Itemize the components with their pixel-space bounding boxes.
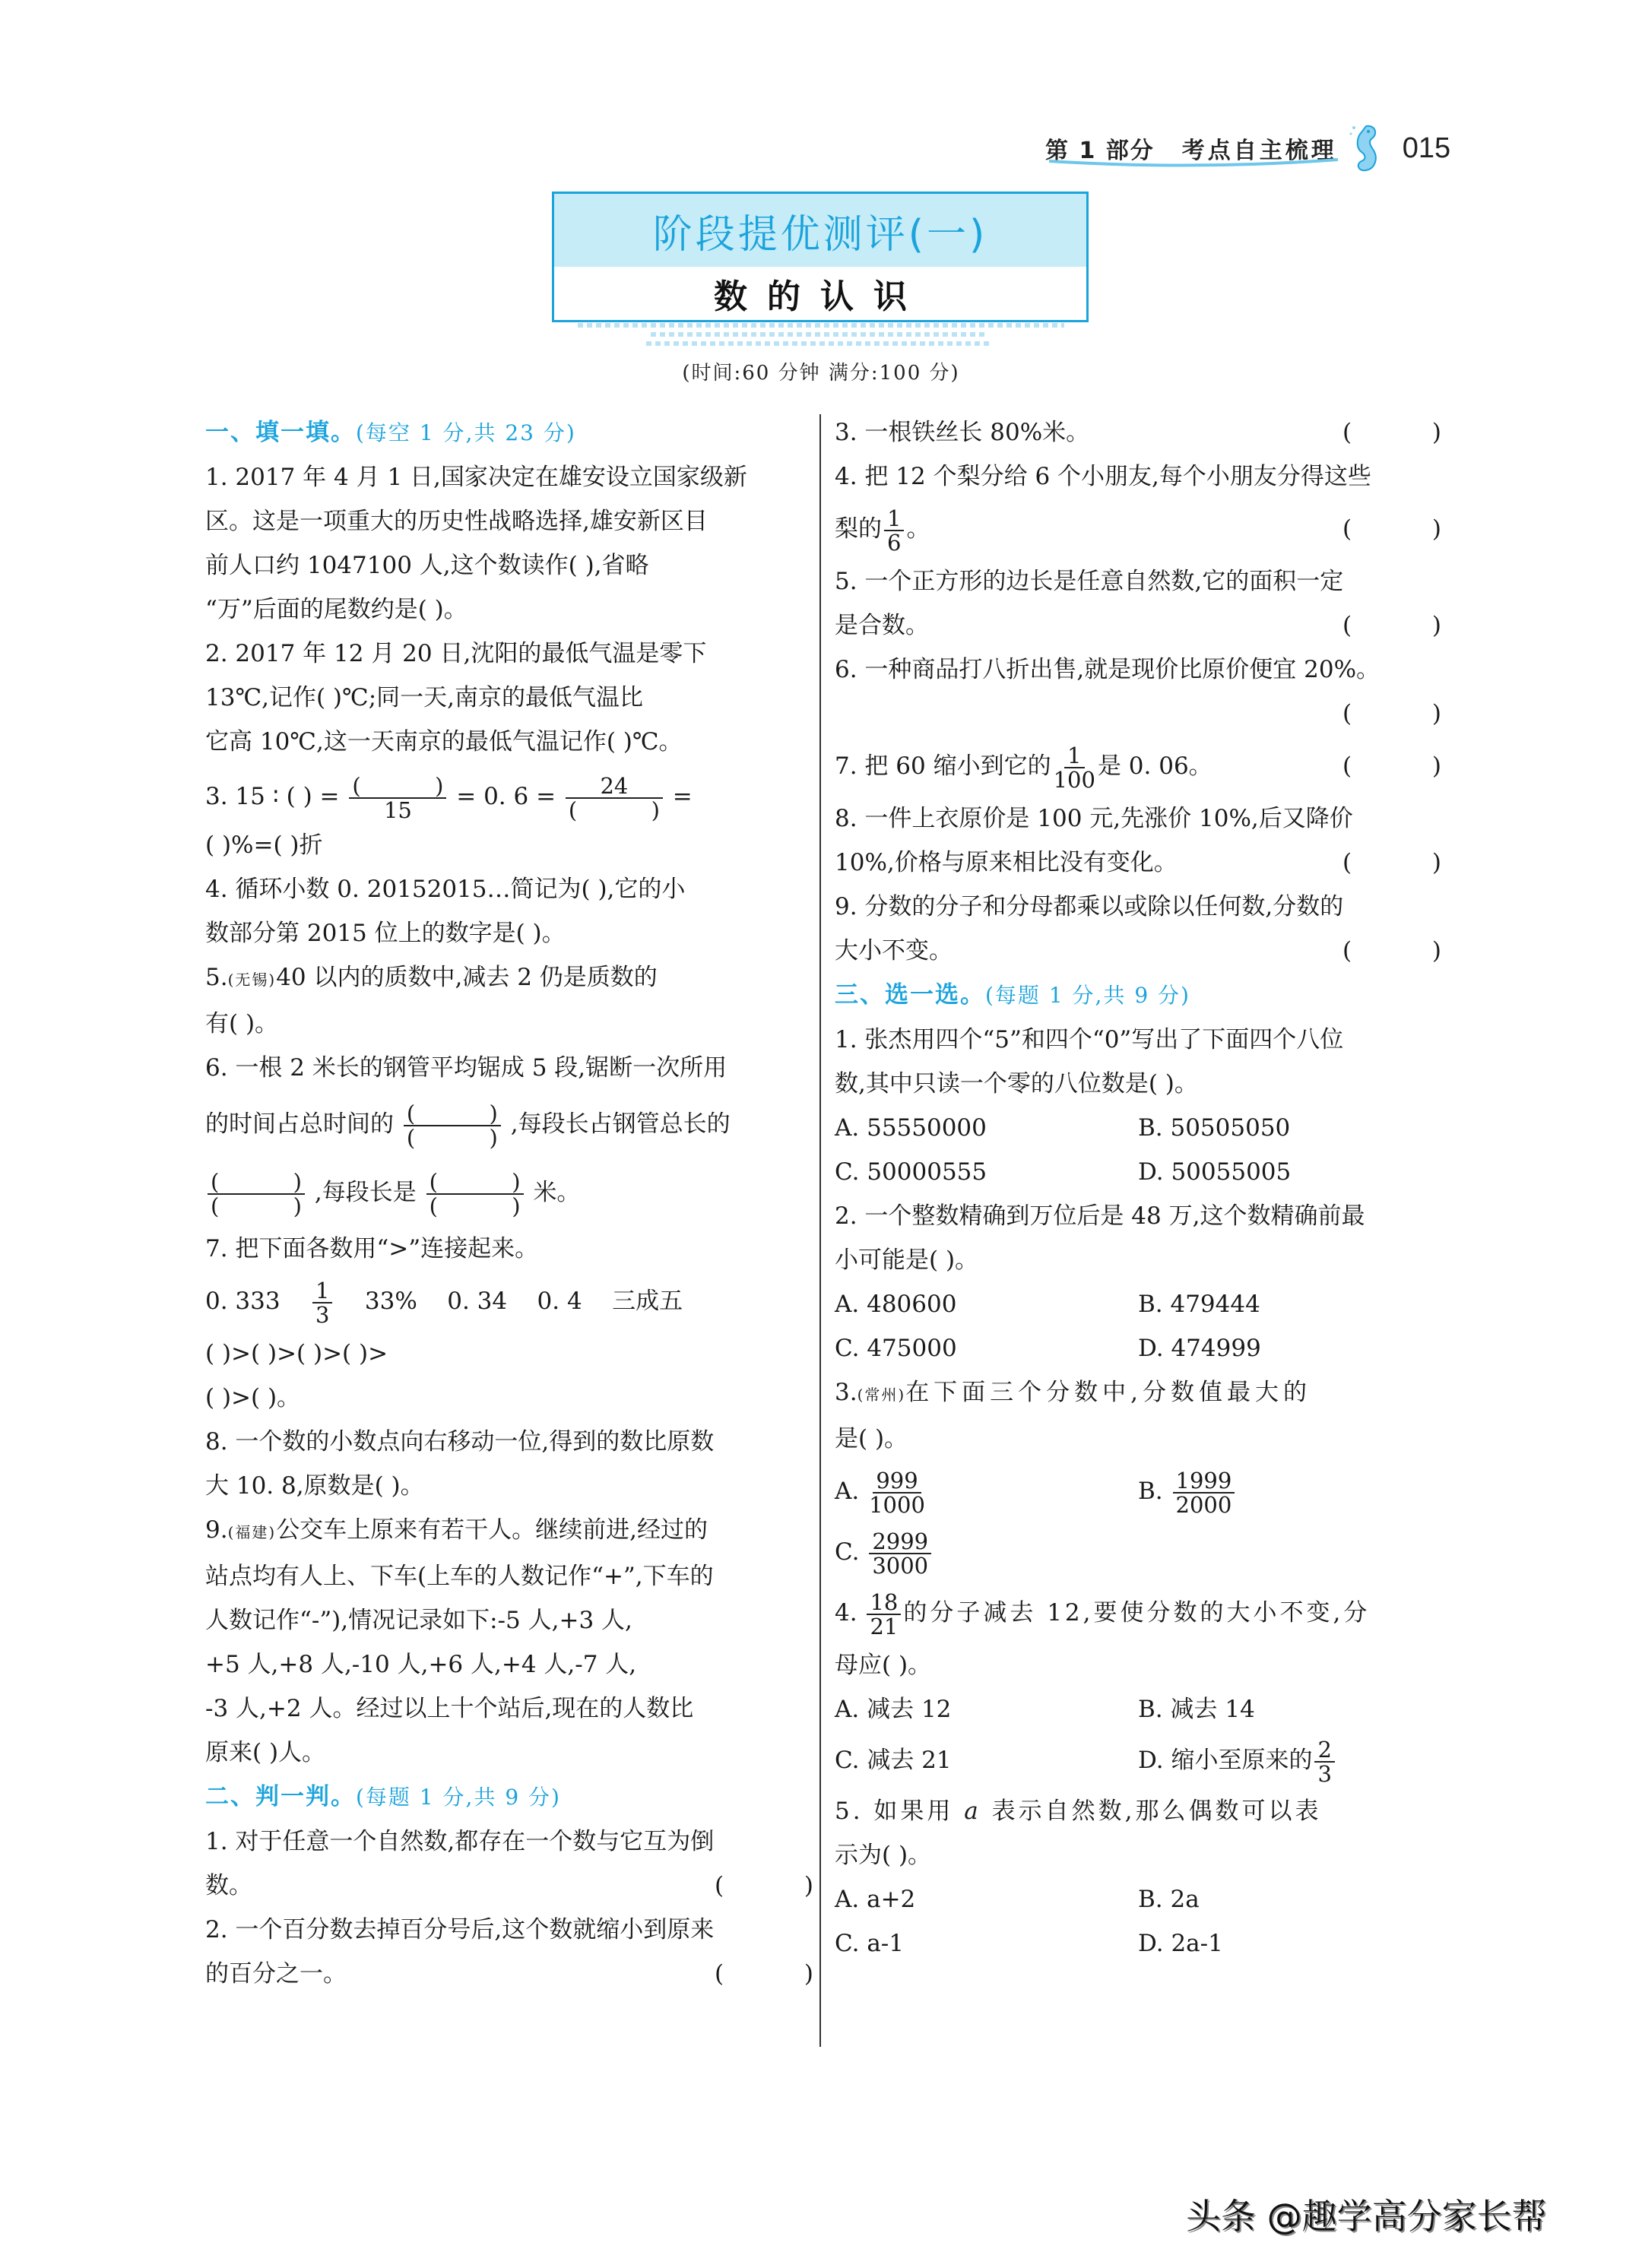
fraction-item: 13: [312, 1279, 332, 1326]
judge-question-8: 8. 一件上衣原价是 100 元,先涨价 10%,后又降价 10%,价格与原来相…: [835, 797, 1441, 885]
question-text: 梨的: [835, 515, 882, 543]
source-tag: (无锡): [228, 971, 277, 989]
question-text: 站点均有人上、下车(上车的人数记作“+”,下车的: [205, 1554, 813, 1598]
option-a[interactable]: A. 减去 12: [835, 1687, 1138, 1731]
dotted-divider: [651, 332, 985, 337]
option-c[interactable]: C. 475000: [835, 1326, 1138, 1370]
question-text: 的时间占总时间的: [205, 1110, 394, 1138]
option-c[interactable]: C. a-1: [835, 1921, 1138, 1965]
fill-question-2: 2. 2017 年 12 月 20 日,沈阳的最低气温是零下 13℃,记作( )…: [205, 632, 813, 764]
question-text: 数部分第 2015 位上的数字是( )。: [205, 911, 813, 955]
section-heading-fill: 一、填一填。(每空 1 分,共 23 分): [205, 410, 813, 455]
question-text: 1. 2017 年 4 月 1 日,国家决定在雄安设立国家级新: [205, 455, 813, 499]
question-text: 的百分之一。: [205, 1952, 347, 1996]
section-title: 二、判一判。: [205, 1783, 356, 1810]
right-column: 3. 一根铁丝长 80%米。() 4. 把 12 个梨分给 6 个小朋友,每个小…: [835, 410, 1441, 1965]
judge-question-4: 4. 把 12 个梨分给 6 个小朋友,每个小朋友分得这些 梨的16。(): [835, 455, 1441, 559]
section-score-note: (每题 1 分,共 9 分): [985, 983, 1190, 1008]
question-text: 是( )。: [835, 1417, 1441, 1461]
question-text: 小可能是( )。: [835, 1238, 1441, 1282]
fraction-blank: 24(): [566, 774, 663, 822]
choice-question-5: 5. 如果用 a 表示自然数,那么偶数可以表 示为( )。 A. a+2B. 2…: [835, 1789, 1441, 1965]
number-item: 0. 34: [447, 1288, 507, 1315]
answer-blank[interactable]: (): [1342, 692, 1441, 736]
question-text: ,每段长占钢管总长的: [511, 1110, 731, 1138]
question-text: 前人口约 1047100 人,这个数读作( ),省略: [205, 543, 813, 588]
fill-question-6: 6. 一根 2 米长的钢管平均锯成 5 段,锯断一次所用 的时间占总时间的 ()…: [205, 1046, 813, 1227]
question-text: 7. 把 60 缩小到它的: [835, 752, 1051, 780]
fill-question-1: 1. 2017 年 4 月 1 日,国家决定在雄安设立国家级新 区。这是一项重大…: [205, 455, 813, 632]
option-b[interactable]: B. 19992000: [1138, 1461, 1441, 1522]
question-text: 1. 张杰用四个“5”和四个“0”写出了下面四个八位: [835, 1018, 1441, 1062]
choice-question-4: 4. 1821的分子减去 12,要使分数的大小不变,分 母应( )。 A. 减去…: [835, 1582, 1441, 1789]
question-text: 有( )。: [205, 1002, 813, 1046]
fraction: 1100: [1054, 744, 1095, 791]
option-d[interactable]: D. 474999: [1138, 1326, 1441, 1370]
fill-question-9: 9.(福建)公交车上原来有若干人。继续前进,经过的 站点均有人上、下车(上车的人…: [205, 1508, 813, 1775]
judge-question-2: 2. 一个百分数去掉百分号后,这个数就缩小到原来 的百分之一。(): [205, 1908, 813, 1996]
choice-question-3: 3.(常州)在下面三个分数中,分数值最大的 是( )。 A. 9991000 B…: [835, 1370, 1441, 1582]
question-text: 2. 一个百分数去掉百分号后,这个数就缩小到原来: [205, 1908, 813, 1952]
fraction-blank: ()(): [404, 1102, 501, 1149]
question-text: 1. 对于任意一个自然数,都存在一个数与它互为倒: [205, 1820, 813, 1864]
question-text: 在下面三个分数中,分数值最大的: [905, 1379, 1311, 1406]
question-text: 10%,价格与原来相比没有变化。: [835, 841, 1178, 885]
dotted-divider: [578, 323, 1064, 328]
section-heading-judge: 二、判一判。(每题 1 分,共 9 分): [205, 1775, 813, 1820]
option-b[interactable]: B. 2a: [1138, 1877, 1441, 1921]
fraction-blank: ()(): [426, 1170, 524, 1218]
option-d[interactable]: D. 缩小至原来的23: [1138, 1731, 1441, 1789]
fraction-blank: ()(): [208, 1170, 305, 1218]
question-text: 它高 10℃,这一天南京的最低气温记作( )℃。: [205, 720, 813, 764]
fraction-blank: ()15: [349, 774, 446, 822]
question-text: +5 人,+8 人,-10 人,+6 人,+4 人,-7 人,: [205, 1642, 813, 1687]
question-text: 2. 一个整数精确到万位后是 48 万,这个数精确前最: [835, 1194, 1441, 1238]
question-text: 母应( )。: [835, 1643, 1441, 1687]
number-item: 33%: [365, 1288, 417, 1315]
variable: a: [964, 1798, 981, 1825]
source-tag: (常州): [857, 1386, 906, 1404]
question-text: 大 10. 8,原数是( )。: [205, 1464, 813, 1508]
judge-question-6: 6. 一种商品打八折出售,就是现价比原价便宜 20%。 (): [835, 648, 1441, 736]
question-text: 是合数。: [835, 603, 929, 648]
option-c[interactable]: C. 29993000: [835, 1522, 1154, 1582]
question-text: 人数记作“-”),情况记录如下:-5 人,+3 人,: [205, 1598, 813, 1642]
question-text: 表示自然数,那么偶数可以表: [981, 1798, 1322, 1825]
number-item: 三成五: [612, 1288, 683, 1315]
question-text: ( )>( )。: [205, 1376, 813, 1420]
question-text: 5. 如果用: [835, 1798, 964, 1825]
question-number: 3.: [835, 1379, 857, 1406]
answer-blank[interactable]: (): [1342, 841, 1441, 885]
fraction: 16: [884, 507, 904, 554]
question-text: 7. 把下面各数用“>”连接起来。: [205, 1227, 813, 1271]
source-tag: (福建): [228, 1523, 277, 1541]
question-text: 8. 一件上衣原价是 100 元,先涨价 10%,后又降价: [835, 797, 1441, 841]
judge-question-7: 7. 把 60 缩小到它的1100是 0. 06。(): [835, 736, 1441, 797]
question-text: 3. 一根铁丝长 80%米。: [835, 410, 1089, 455]
fill-question-5: 5.(无锡)40 以内的质数中,减去 2 仍是质数的 有( )。: [205, 955, 813, 1046]
answer-blank[interactable]: (): [1342, 499, 1441, 559]
answer-blank[interactable]: (): [1342, 410, 1441, 455]
choice-question-2: 2. 一个整数精确到万位后是 48 万,这个数精确前最 小可能是( )。 A. …: [835, 1194, 1441, 1370]
question-number: 5.: [205, 964, 228, 991]
page-title: 阶段提优测评(一): [554, 194, 1086, 267]
question-text: 数。: [205, 1864, 252, 1908]
watermark: 头条 @趣学高分家长帮: [1186, 2189, 1547, 2239]
fill-question-8: 8. 一个数的小数点向右移动一位,得到的数比原数 大 10. 8,原数是( )。: [205, 1420, 813, 1508]
answer-blank[interactable]: (): [715, 1864, 813, 1908]
option-d[interactable]: D. 2a-1: [1138, 1921, 1441, 1965]
question-text: = 0. 6 =: [456, 783, 556, 810]
question-text: -3 人,+2 人。经过以上十个站后,现在的人数比: [205, 1687, 813, 1731]
header-swoosh-decoration: [1049, 158, 1338, 169]
question-text: 3. 15 ∶ ( ) =: [205, 783, 340, 810]
question-text: ( )>( )>( )>( )>: [205, 1332, 813, 1376]
question-text: 8. 一个数的小数点向右移动一位,得到的数比原数: [205, 1420, 813, 1464]
answer-blank[interactable]: (): [1342, 736, 1441, 797]
question-text: 6. 一根 2 米长的钢管平均锯成 5 段,锯断一次所用: [205, 1046, 813, 1090]
question-number: 9.: [205, 1516, 228, 1544]
number-item: 0. 4: [537, 1288, 582, 1315]
page-subtitle: 数的认识: [554, 267, 1086, 320]
column-divider: [819, 414, 821, 2047]
section-score-note: (每题 1 分,共 9 分): [356, 1785, 561, 1810]
section-score-note: (每空 1 分,共 23 分): [356, 420, 576, 445]
question-text: 4. 把 12 个梨分给 6 个小朋友,每个小朋友分得这些: [835, 455, 1441, 499]
option-b[interactable]: B. 减去 14: [1138, 1687, 1441, 1731]
judge-question-1: 1. 对于任意一个自然数,都存在一个数与它互为倒 数。(): [205, 1820, 813, 1908]
dotted-divider: [646, 341, 993, 346]
option-a[interactable]: A. a+2: [835, 1877, 1138, 1921]
question-text: 13℃,记作( )℃;同一天,南京的最低气温比: [205, 676, 813, 720]
judge-question-9: 9. 分数的分子和分母都乘以或除以任何数,分数的 大小不变。(): [835, 885, 1441, 973]
section-title: 三、选一选。: [835, 981, 985, 1009]
judge-question-5: 5. 一个正方形的边长是任意自然数,它的面积一定 是合数。(): [835, 559, 1441, 648]
option-d[interactable]: D. 50055005: [1138, 1150, 1441, 1194]
section-heading-choose: 三、选一选。(每题 1 分,共 9 分): [835, 973, 1441, 1018]
section-title: 一、填一填。: [205, 419, 356, 446]
question-text: 区。这是一项重大的历史性战略选择,雄安新区目: [205, 499, 813, 543]
option-a[interactable]: A. 480600: [835, 1282, 1138, 1326]
choice-question-1: 1. 张杰用四个“5”和四个“0”写出了下面四个八位 数,其中只读一个零的八位数…: [835, 1018, 1441, 1194]
question-text: ( )%=( )折: [205, 823, 813, 867]
question-text: 5. 一个正方形的边长是任意自然数,它的面积一定: [835, 559, 1441, 603]
question-text: 40 以内的质数中,减去 2 仍是质数的: [276, 964, 658, 991]
question-number: 4.: [835, 1599, 857, 1627]
answer-blank[interactable]: (): [1342, 603, 1441, 648]
judge-question-3: 3. 一根铁丝长 80%米。(): [835, 410, 1441, 455]
question-text: 6. 一种商品打八折出售,就是现价比原价便宜 20%。: [835, 648, 1441, 692]
answer-blank[interactable]: (): [1342, 929, 1441, 973]
question-text: 示为( )。: [835, 1833, 1441, 1877]
question-text: 原来( )人。: [205, 1731, 813, 1775]
option-c[interactable]: C. 50000555: [835, 1150, 1138, 1194]
fill-question-4: 4. 循环小数 0. 20152015…简记为( ),它的小 数部分第 2015…: [205, 867, 813, 955]
title-box: 阶段提优测评(一) 数的认识: [552, 192, 1089, 322]
option-a[interactable]: A. 55550000: [835, 1106, 1138, 1150]
left-column: 一、填一填。(每空 1 分,共 23 分) 1. 2017 年 4 月 1 日,…: [205, 410, 813, 1996]
number-item: 0. 333: [205, 1288, 281, 1315]
seahorse-icon: [1345, 122, 1383, 175]
option-c[interactable]: C. 减去 21: [835, 1731, 1138, 1789]
answer-blank[interactable]: (): [715, 1952, 813, 1996]
question-text: ,每段长是: [315, 1179, 417, 1206]
question-text: 的分子减去 12,要使分数的大小不变,分: [903, 1599, 1370, 1627]
question-text: 数,其中只读一个零的八位数是( )。: [835, 1062, 1441, 1106]
option-b[interactable]: B. 50505050: [1138, 1106, 1441, 1150]
question-text: 公交车上原来有若干人。继续前进,经过的: [276, 1516, 708, 1544]
fraction: 1821: [867, 1591, 901, 1638]
fill-question-7: 7. 把下面各数用“>”连接起来。 0. 333 13 33% 0. 34 0.…: [205, 1227, 813, 1420]
question-text: 米。: [533, 1179, 580, 1206]
question-text: 是 0. 06。: [1098, 752, 1212, 780]
fill-question-3: 3. 15 ∶ ( ) = ()15 = 0. 6 = 24() = ( )%=…: [205, 770, 813, 867]
question-text: =: [673, 783, 693, 810]
exam-meta: (时间:60 分钟 满分:100 分): [0, 357, 1642, 385]
question-text: “万”后面的尾数约是( )。: [205, 588, 813, 632]
option-b[interactable]: B. 479444: [1138, 1282, 1441, 1326]
question-text: 4. 循环小数 0. 20152015…简记为( ),它的小: [205, 867, 813, 911]
question-text: 2. 2017 年 12 月 20 日,沈阳的最低气温是零下: [205, 632, 813, 676]
option-a[interactable]: A. 9991000: [835, 1461, 1138, 1522]
question-text: 9. 分数的分子和分母都乘以或除以任何数,分数的: [835, 885, 1441, 929]
question-text: 大小不变。: [835, 929, 953, 973]
page-number: 015: [1403, 132, 1450, 165]
